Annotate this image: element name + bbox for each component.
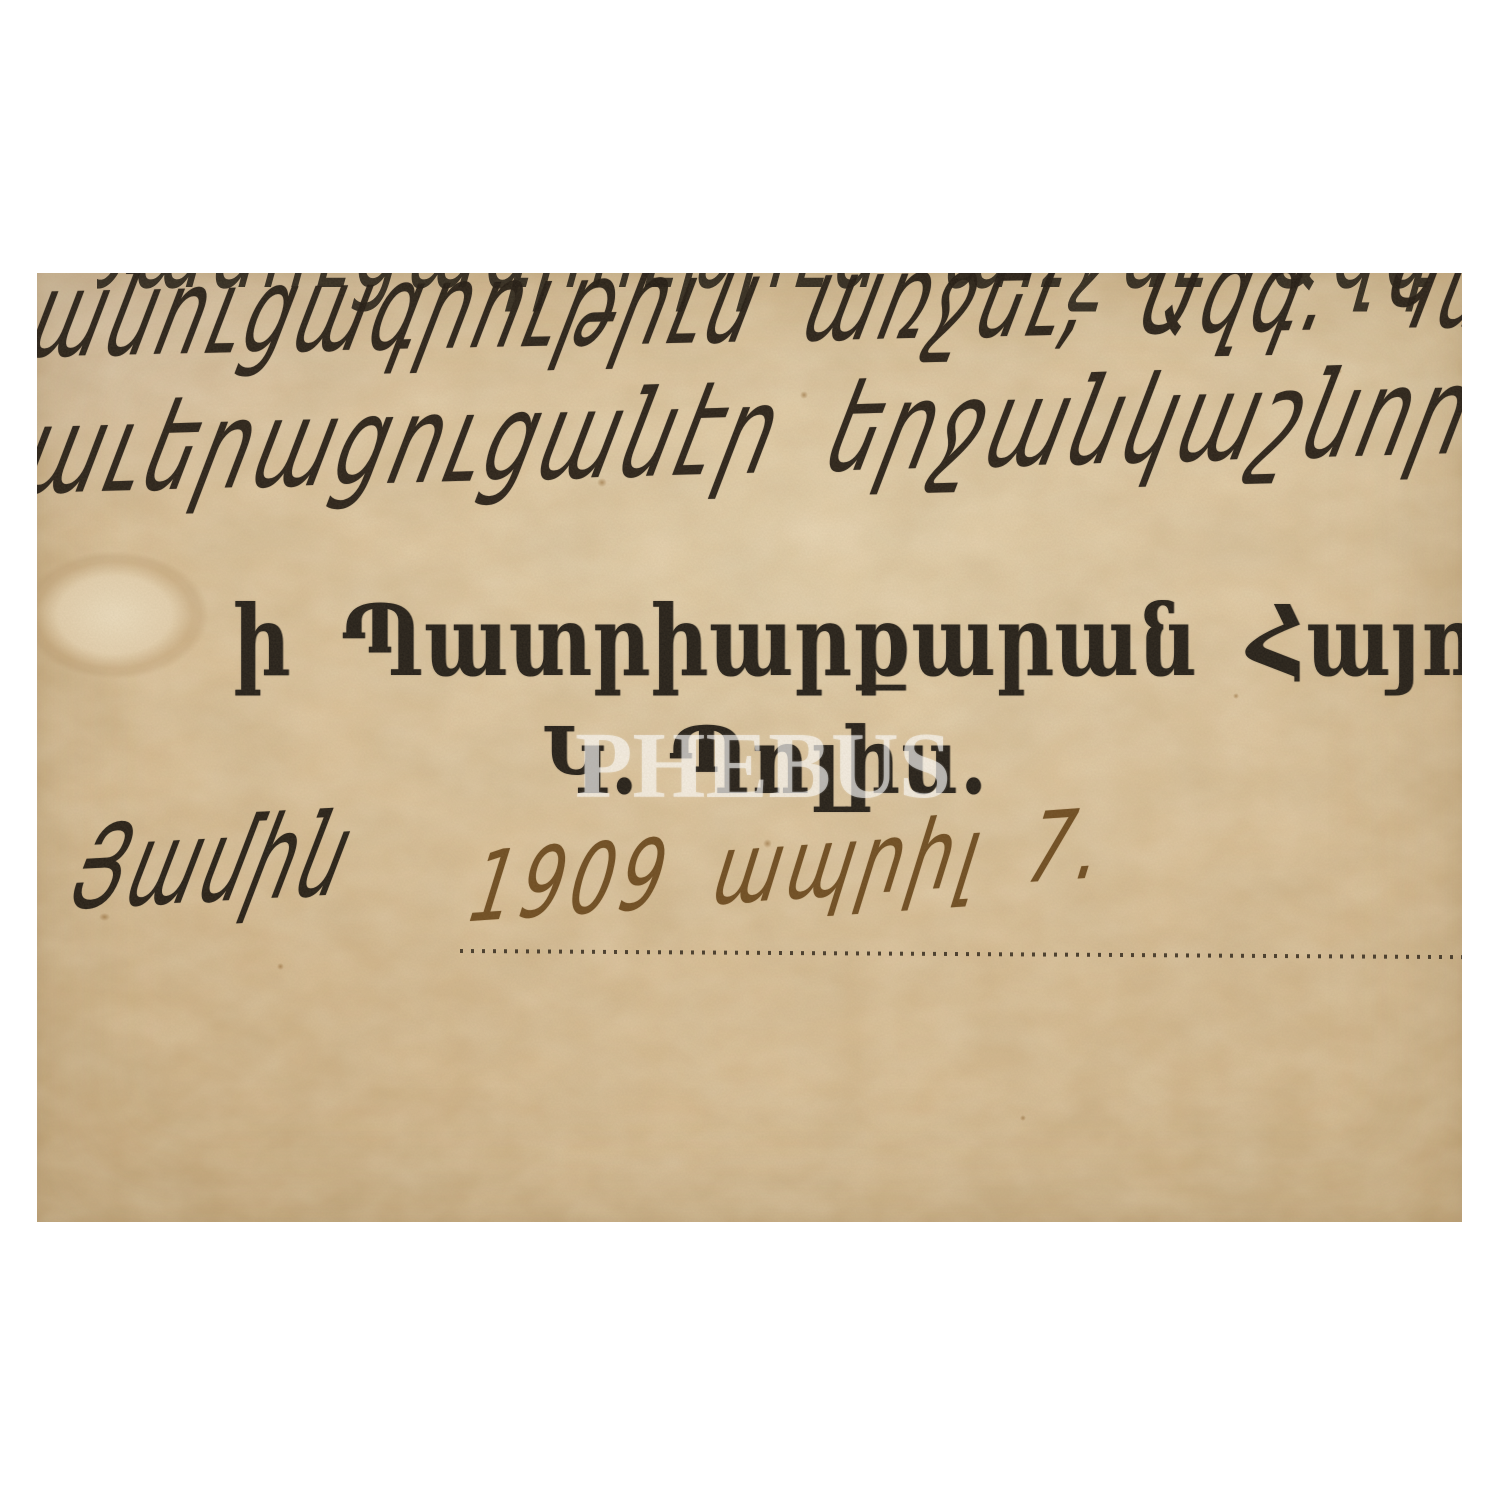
printed-letterhead-line-1: ի Պատրիարքարան Հայոց [233, 593, 1462, 690]
date-line-label: Յամին [62, 797, 366, 927]
paper-speck [1020, 1115, 1026, 1121]
page-background: ծանուցագրութիւն առջեւ Ազգ Կեդր Վարչոյ ծա… [0, 0, 1500, 1500]
paper-stain [37, 545, 217, 685]
watermark-text: PHEBUS [575, 719, 951, 813]
document-photo: ծանուցագրութիւն առջեւ Ազգ Կեդր Վարչոյ ծա… [37, 273, 1462, 1222]
paper-speck [277, 963, 284, 970]
date-dotted-leader [460, 949, 1462, 959]
